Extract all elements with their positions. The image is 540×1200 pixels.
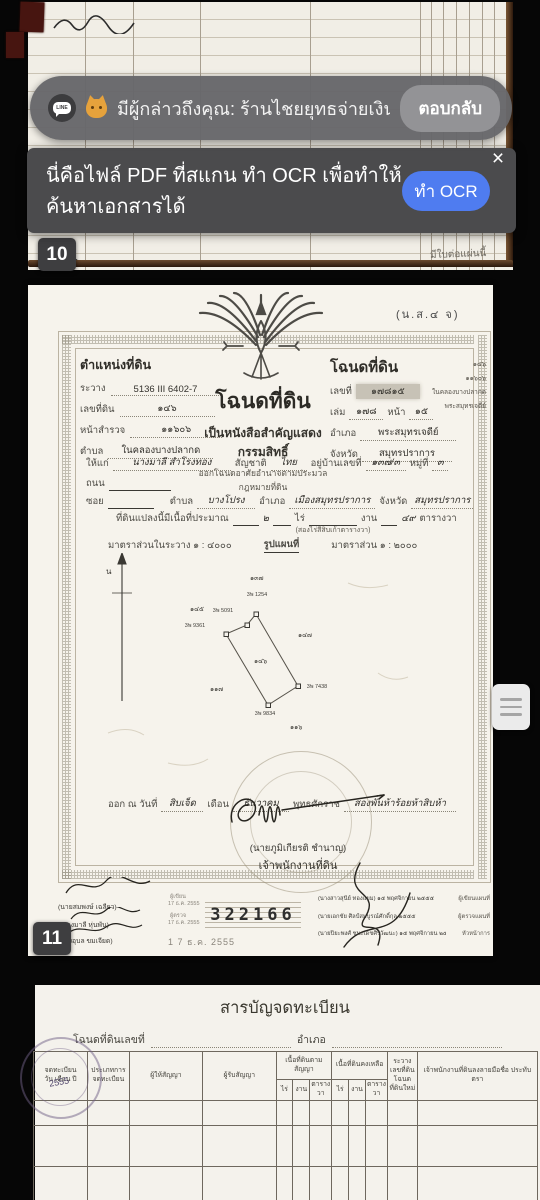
line-icon-label: LINE [53,102,71,114]
map-writer-row: (นางสาวสุนีย์ ทองแยม) ๑๕ พฤศจิกายน ๒๕๕๕ … [318,893,490,903]
col-receiver: ผู้รับสัญญา [203,1052,276,1101]
col-area-contract: เนื้อที่ดินตามสัญญา [276,1052,332,1080]
issued-at-label: ออก ณ วันที่ [108,797,157,812]
page-number-badge-11: 11 [33,922,71,955]
map-writer-role: ผู้เขียนแผนที่ [458,893,490,903]
wa-label: ตารางวา [419,511,456,526]
blank-dash [109,482,171,491]
boundary-marker-label: 3พ 7438 [304,684,330,691]
writer-stamp-date: 17 ธ.ค. 2555 [168,900,200,908]
road-label: ถนน [86,476,105,491]
owner-row: ให้แก่ นางมาลี สำโรงทอง สัญชาติ ไทย อยู่… [86,455,448,471]
scale-row: มาตราส่วนในระวาง ๑ : ๔๐๐๐ รูปแผนที่ มาตร… [108,537,448,553]
serial-number: 322166 [210,905,295,925]
stub-amphoe: พระสมุทรเจดีย์ [426,401,486,411]
red-stamp-mark [19,2,44,33]
stub-tambon: ในคลองบางปลากด [426,387,486,397]
ravang-label: ระวาง [80,381,106,396]
position-header: ตำแหน่งที่ดิน [80,355,260,375]
owner-province-value: สมุทรปราการ [411,493,473,509]
north-label: น [106,565,111,578]
ocr-text-line1: นี่คือไฟล์ PDF ที่สแกน ทำ OCR เพื่อทำให้ [46,161,402,192]
registration-table: จดทะเบียนวัน เดือน ปี ประเภทการจดทะเบียน… [33,1051,538,1200]
area-prefix: ที่ดินแปลงนี้มีเนื้อที่ประมาณ [116,511,229,526]
neighbor-parcel-number: ๑๔๗ [298,630,312,640]
deed-stub-column: ๑๔๖ ๑๑๖๐๖ ในคลองบางปลากด พระสมุทรเจดีย์ [426,359,486,415]
address-label: อยู่บ้านเลขที่ [311,456,362,471]
moo-value: ๓ [432,455,448,471]
book-value: ๑๗๘ [349,404,383,420]
ngan-label: งาน [361,511,377,526]
owner-amphoe-label: อำเภอ [259,494,285,509]
survey-head-row: (นายปิยะพงศ์ ชนะเดชศิริวัฒนะ) ๑๕ พฤศจิกา… [318,928,490,938]
sub-rai: ไร่ [332,1080,349,1101]
serial-number-box: 322166 [205,898,301,932]
neighbor-parcel-number: ๑๔๕ [190,604,204,614]
area-row: ที่ดินแปลงนี้มีเนื้อที่ประมาณ ๒ ไร่ งาน … [116,511,457,526]
parcel-map-drawing [48,553,468,788]
area-wa-value: ๔๙ [401,511,415,526]
boundary-marker-label: 3พ 1254 [244,592,270,599]
survey-label: หน้าสำรวจ [80,423,125,438]
rai-label: ไร่ [295,511,305,526]
ocr-text-line2: ค้นหาเอกสารได้ [46,192,402,223]
land-deed-page: (น.ส.๔ จ) ตำแหน่งที่ดิน ระวาง5136 III 64… [28,285,493,956]
deed-border-band [478,335,487,879]
deed-title-block: โฉนดที่ดิน เป็นหนังสือสำคัญแสดงกรรมสิทธิ… [183,385,343,494]
blank-dotted [151,1038,291,1048]
form-code: (น.ส.๔ จ) [396,305,460,323]
line-app-icon: LINE [48,94,76,122]
checker-stamp-date: 17 ธ.ค. 2555 [168,919,200,927]
amphoe-value: พระสมุทรเจดีย์ [360,425,456,441]
parcel-no-label: เลขที่ดิน [80,402,115,417]
stub-parcel: ๑๔๖ [426,359,486,369]
officer-name: (นายภูมิเกียรติ ชำนาญ) [208,841,388,856]
date-stamp: 1 7 ธ.ค. 2555 [168,935,235,949]
screen: มีใบต่อแผ่นนี้ 10 LINE มีผู้กล่าวถึงคุณ:… [0,0,540,1200]
empty-row [34,1101,538,1126]
scale-right: มาตราส่วน ๑ : ๒๐๐๐ [331,538,417,553]
col-officer: เจ้าพนักงานที่ดินลงลายมือชื่อ ประทับตรา [417,1052,537,1101]
sub-wa: ตารางวา [310,1080,332,1101]
map-checker-row: (นายเอกชัย ศิลป์สมบูรณ์ศักดิ์กุล ๒๕๕๕ ผู… [318,911,490,921]
boundary-marker-label: 3พ 9361 [182,623,208,630]
scroll-handle[interactable] [492,684,530,730]
neighbor-parcel-number: ๑๑๖ [290,722,302,732]
road-row: ถนน [86,476,171,491]
stub-survey: ๑๑๖๐๖ [426,373,486,383]
reply-button[interactable]: ตอบกลับ [400,85,500,132]
col-new-parcel: ระวางเลขที่ดินโฉนดที่ดินใหม่ [387,1052,417,1101]
moo-label: หมู่ที่ [410,456,429,471]
deed-no-value: ๑๗๘๑๕ [356,384,420,399]
map-title: รูปแผนที่ [264,537,300,553]
blank-dash [108,500,154,509]
owner-tambon-label: ตำบล [170,494,193,509]
ocr-banner-text: นี่คือไฟล์ PDF ที่สแกน ทำ OCR เพื่อทำให้… [46,161,402,223]
nationality-value: ไทย [271,455,307,471]
nationality-label: สัญชาติ [235,456,267,471]
survey-head-name: (นายปิยะพงศ์ ชนะเดชศิริวัฒนะ) ๑๕ พฤศจิกา… [318,928,446,938]
sub-wa: ตารางวา [365,1080,387,1101]
boundary-marker-label: 3พ 5091 [210,608,236,615]
reg-amphoe-label: อำเภอ [297,1031,326,1048]
registration-title: สารบัญจดทะเบียน [160,995,410,1021]
deed-title: โฉนดที่ดิน [183,385,343,418]
run-ocr-button[interactable]: ทำ OCR [402,171,490,211]
notification-message: มีผู้กล่าวถึงคุณ: ร้านไชยยุทธจ่ายเงิน... [117,94,390,123]
line-notification[interactable]: LINE มีผู้กล่าวถึงคุณ: ร้านไชยยุทธจ่ายเง… [30,76,512,140]
area-in-words: (สองไร่สี่สิบเก้าตารางวา) [258,525,408,536]
col-area-remain: เนื้อที่ดินคงเหลือ [332,1052,388,1080]
owner-tambon-value: บางโปรง [197,493,255,509]
close-icon[interactable]: × [487,148,509,170]
page-label: หน้า [387,405,405,420]
page-number-badge-10: 10 [38,238,76,271]
handwriting-mark [48,8,143,34]
map-checker-name: (นายเอกชัย ศิลป์สมบูรณ์ศักดิ์กุล ๒๕๕๕ [318,911,416,921]
issue-day: สิบเจ็ด [161,796,203,812]
signature-squiggle [62,877,172,899]
area-rai-value: ๒ [263,511,269,526]
registration-deed-line: โฉนดที่ดินเลขที่ อำเภอ [73,1031,502,1048]
red-stamp-mark [6,32,24,58]
scale-left: มาตราส่วนในระวาง ๑ : ๔๐๐๐ [108,538,232,553]
address-value: ๑๓๗/๓ [366,455,406,471]
owner-province-label: จังหวัด [379,494,407,509]
blank-dotted [332,1038,502,1048]
map-checker-role: ผู้ตรวจแผนที่ [458,911,490,921]
cat-emoji [86,99,107,118]
survey-head-role: หัวหน้าการ [462,928,490,938]
soi-row: ซอย ตำบล บางโปรง อำเภอ เมืองสมุทรปราการ … [86,493,473,509]
parcel-number: ๑๔๖ [254,656,267,666]
registration-index-page: สารบัญจดทะเบียน โฉนดที่ดินเลขที่ อำเภอ จ… [35,985,540,1200]
neighbor-parcel-number: ๑๑๗ [210,684,223,694]
neighbor-parcel-number: ๑๓๗ [250,573,263,583]
blank-dash [233,517,259,526]
page-edge [28,260,513,267]
grant-to-label: ให้แก่ [86,456,109,471]
empty-row [34,1167,538,1200]
map-writer-name: (นางสาวสุนีย์ ทองแยม) ๑๕ พฤศจิกายน ๒๕๕๕ [318,893,434,903]
sub-rai: ไร่ [276,1080,293,1101]
ocr-banner: นี่คือไฟล์ PDF ที่สแกน ทำ OCR เพื่อทำให้… [27,148,516,233]
owner-amphoe-value: เมืองสมุทรปราการ [289,493,375,509]
empty-row [34,1126,538,1167]
boundary-marker-label: 3พ 9834 [252,711,278,718]
owner-name: นางมาลี สำโรงทอง [113,455,231,471]
sub-ngan: งาน [293,1080,310,1101]
parcel-map: น 3พ 1254 3พ 5091 3พ 9361 3พ 7438 3พ 983… [48,553,468,788]
col-giver: ผู้ให้สัญญา [129,1052,202,1101]
soi-label: ซอย [86,494,104,509]
sub-ngan: งาน [349,1080,366,1101]
officer-signature [226,790,396,838]
